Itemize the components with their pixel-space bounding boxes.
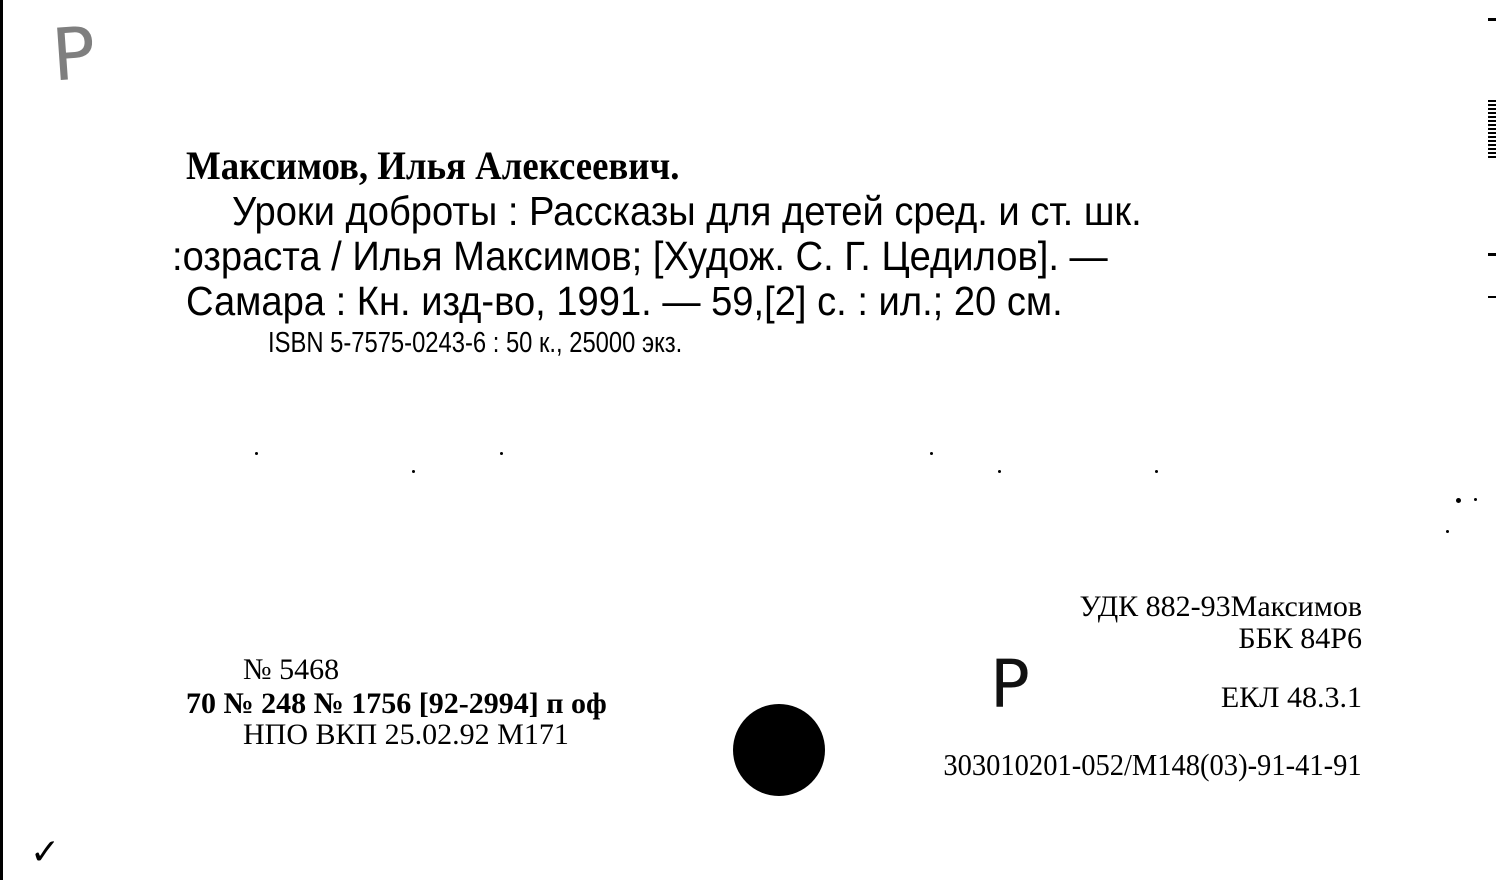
handwritten-mark-middle: Р bbox=[990, 646, 1030, 723]
handwritten-mark-top-left: Р bbox=[49, 11, 98, 98]
catalog-card: Р Максимов, Илья Алексеевич. Уроки добро… bbox=[0, 0, 1496, 880]
print-order-line: 70 № 248 № 1756 [92-2994] п оф bbox=[186, 689, 607, 719]
bbk-code: ББК 84Р6 bbox=[1238, 624, 1362, 654]
udk-code: УДК 882-93Максимов bbox=[1079, 592, 1362, 622]
card-number: № 5468 bbox=[243, 655, 339, 685]
publisher-print-line: НПО ВКП 25.02.92 М171 bbox=[243, 720, 569, 750]
isbn-line: ISBN 5-7575-0243-6 : 50 к., 25000 экз. bbox=[268, 329, 682, 358]
description-line-1: Уроки доброты : Рассказы для детей сред.… bbox=[232, 191, 1142, 232]
card-left-edge bbox=[0, 0, 3, 880]
description-line-2: :озраста / Илья Максимов; [Худож. С. Г. … bbox=[172, 236, 1108, 277]
handwritten-checkmark: ✓ bbox=[30, 832, 60, 873]
description-line-3: Самара : Кн. изд-во, 1991. — 59,[2] с. :… bbox=[186, 281, 1063, 322]
punch-hole bbox=[733, 704, 825, 796]
author-heading: Максимов, Илья Алексеевич. bbox=[186, 146, 679, 186]
ekl-code: ЕКЛ 48.3.1 bbox=[1221, 683, 1362, 713]
bibliographic-code: 303010201-052/М148(03)-91-41-91 bbox=[944, 749, 1362, 780]
